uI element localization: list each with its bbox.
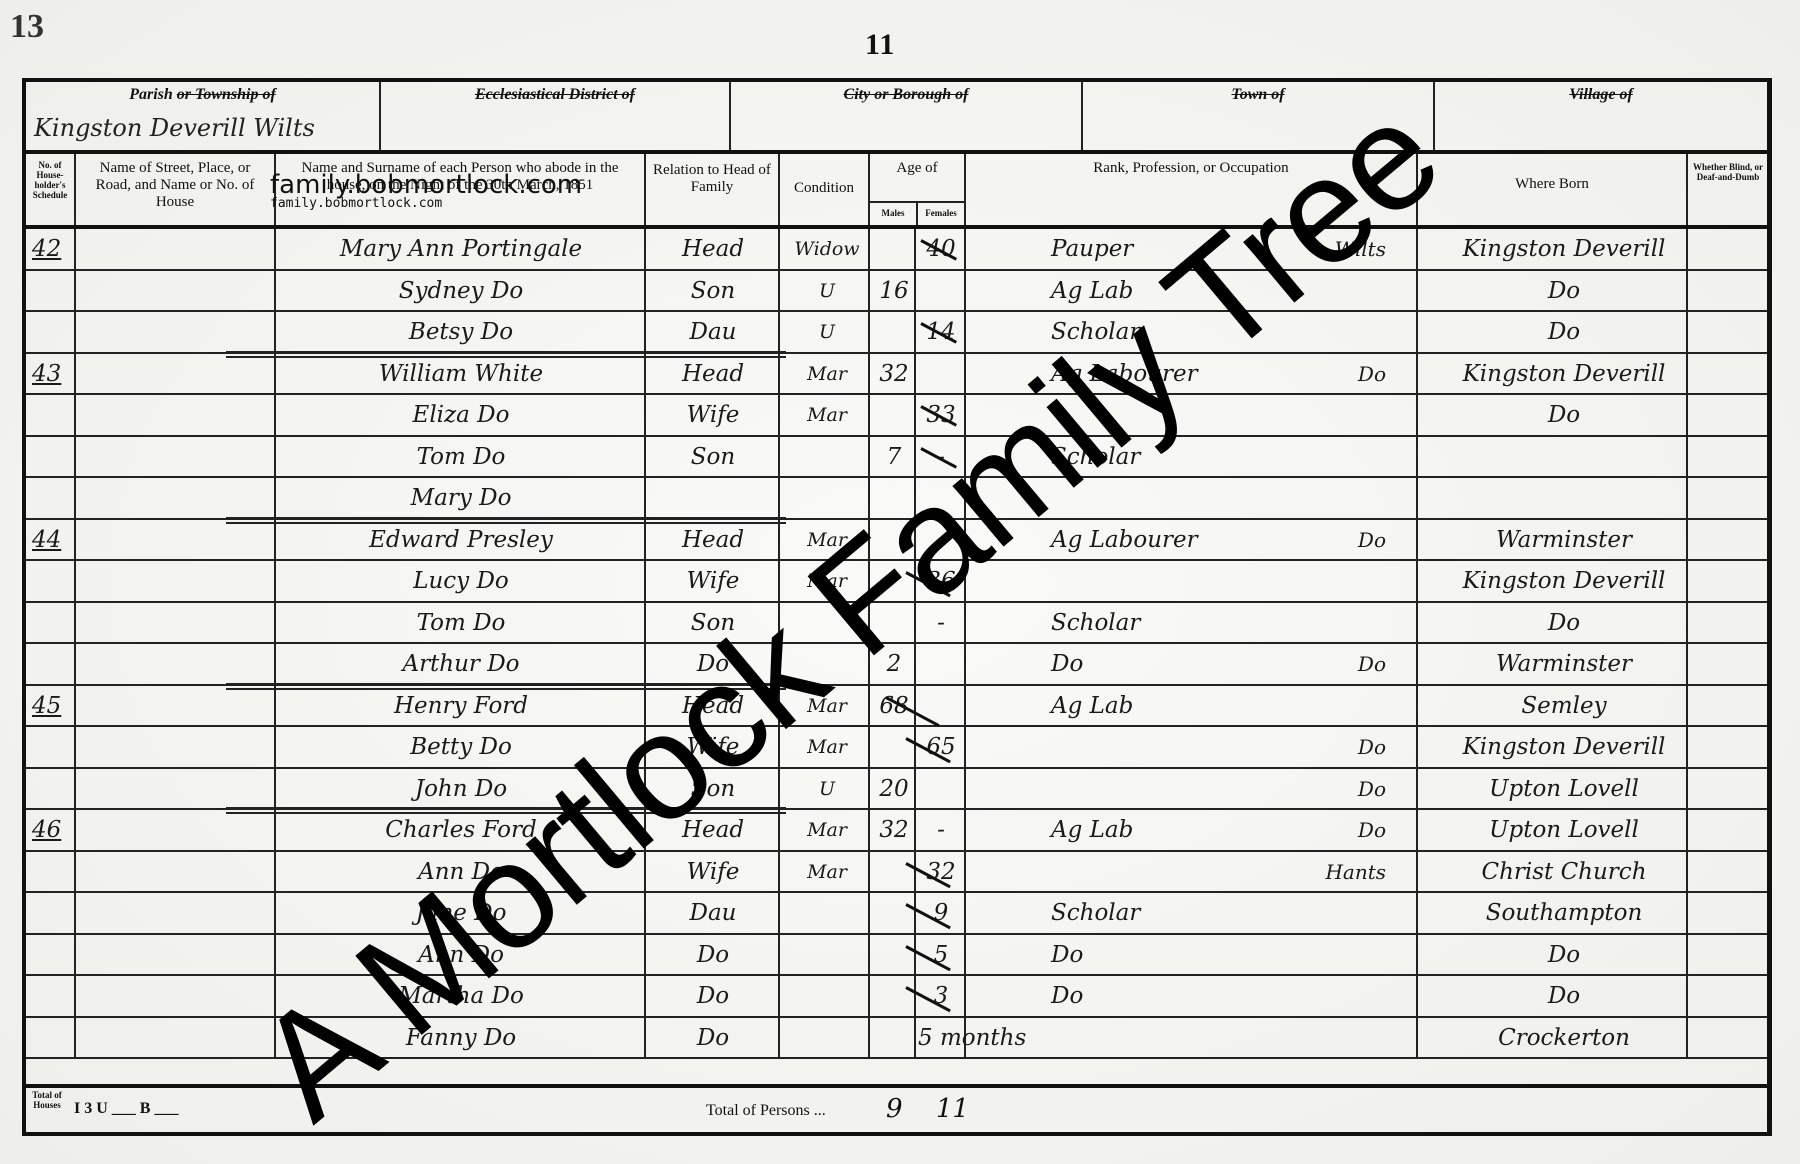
cell-born: Do	[1394, 273, 1734, 309]
header-schedule: No. of House-holder's Schedule	[26, 154, 76, 225]
cell-born: Crockerton	[1394, 1020, 1734, 1056]
cell-schedule	[32, 605, 72, 641]
village-cell: Village of	[1435, 82, 1767, 150]
cell-born: Do	[1394, 314, 1734, 350]
cell-born: Do	[1394, 605, 1734, 641]
total-persons-label: Total of Persons ...	[706, 1102, 826, 1120]
cell-female	[918, 273, 964, 309]
cell-born: Upton Lovell	[1394, 771, 1734, 807]
cell-male	[872, 729, 916, 765]
cell-name: Edward Presley	[276, 522, 646, 558]
cell-female: 5 months	[918, 1020, 964, 1056]
cell-county	[1276, 688, 1386, 724]
census-row: Betty DoWifeMar65DoKingston Deverill	[26, 727, 1767, 769]
cell-condition: Mar	[782, 812, 872, 848]
houses-count: I 3 U ___ B ___	[74, 1100, 178, 1118]
cell-county: Do	[1276, 356, 1386, 392]
cell-male: 16	[872, 273, 916, 309]
cell-schedule: 44	[32, 522, 72, 558]
cell-county	[1276, 978, 1386, 1014]
cell-born: Semley	[1394, 688, 1734, 724]
cell-county	[1276, 1020, 1386, 1056]
cell-male: 20	[872, 771, 916, 807]
cell-schedule	[32, 729, 72, 765]
census-row: Betsy DoDauU14ScholarDo	[26, 312, 1767, 354]
cell-relation: Head	[648, 522, 778, 558]
cell-name: Eliza Do	[276, 397, 646, 433]
header-blind-deaf: Whether Blind, or Deaf-and-Dumb	[1688, 154, 1768, 225]
cell-relation: Do	[648, 978, 778, 1014]
city-label: City or Borough of	[731, 86, 1081, 104]
cell-county: Do	[1276, 522, 1386, 558]
cell-relation: Do	[648, 1020, 778, 1056]
census-row: Jane DoDau9ScholarSouthampton	[26, 893, 1767, 935]
census-row: Eliza DoWifeMar33Do	[26, 395, 1767, 437]
cell-relation: Dau	[648, 314, 778, 350]
census-row: 42Mary Ann PortingaleHeadWidow40PauperWi…	[26, 229, 1767, 271]
cell-condition	[782, 978, 872, 1014]
cell-male	[872, 854, 916, 890]
cell-condition: Mar	[782, 854, 872, 890]
census-row: John DoSonU20DoUpton Lovell	[26, 769, 1767, 811]
header-age-label: Age of	[896, 160, 937, 176]
cell-county	[1276, 480, 1386, 516]
cell-born: Kingston Deverill	[1394, 231, 1734, 267]
city-cell: City or Borough of	[731, 82, 1083, 150]
header-females: Females	[918, 203, 964, 225]
cell-born: Kingston Deverill	[1394, 729, 1734, 765]
cell-county	[1276, 937, 1386, 973]
cell-schedule	[32, 480, 72, 516]
cell-relation: Son	[648, 439, 778, 475]
cell-male	[872, 1020, 916, 1056]
cell-male: 32	[872, 812, 916, 848]
cell-relation: Head	[648, 356, 778, 392]
cell-relation: Wife	[648, 397, 778, 433]
cell-schedule	[32, 273, 72, 309]
cell-condition	[782, 895, 872, 931]
cell-relation: Dau	[648, 895, 778, 931]
cell-born	[1394, 439, 1734, 475]
location-row: Parish or Township of Kingston Deverill …	[26, 82, 1767, 154]
cell-county: Do	[1276, 646, 1386, 682]
cell-born: Kingston Deverill	[1394, 563, 1734, 599]
cell-born: Southampton	[1394, 895, 1734, 931]
cell-schedule	[32, 978, 72, 1014]
cell-male	[872, 895, 916, 931]
cell-male	[872, 314, 916, 350]
cell-schedule	[32, 397, 72, 433]
cell-schedule	[32, 1020, 72, 1056]
cell-female	[918, 356, 964, 392]
cell-schedule	[32, 439, 72, 475]
cell-condition: U	[782, 273, 872, 309]
parish-cell: Parish or Township of Kingston Deverill …	[26, 82, 381, 150]
page-number: 11	[865, 28, 895, 62]
corner-folio-mark: 13	[10, 8, 44, 46]
total-houses-label: Total of Houses	[28, 1090, 66, 1110]
cell-condition	[782, 439, 872, 475]
cell-name: Arthur Do	[276, 646, 646, 682]
cell-condition: Mar	[782, 397, 872, 433]
census-row: 45Henry FordHeadMar68Ag LabSemley	[26, 686, 1767, 728]
cell-schedule	[32, 854, 72, 890]
cell-female: -	[918, 812, 964, 848]
cell-name: Lucy Do	[276, 563, 646, 599]
village-label: Village of	[1435, 86, 1767, 104]
cell-relation: Do	[648, 937, 778, 973]
cell-county	[1276, 563, 1386, 599]
cell-condition: U	[782, 314, 872, 350]
cell-county: Do	[1276, 771, 1386, 807]
cell-schedule: 46	[32, 812, 72, 848]
cell-relation	[648, 480, 778, 516]
ecclesiastical-cell: Ecclesiastical District of	[381, 82, 731, 150]
cell-schedule	[32, 771, 72, 807]
census-page: 13 11 Parish or Township of Kingston Dev…	[0, 0, 1800, 1164]
cell-schedule: 43	[32, 356, 72, 392]
cell-name: Tom Do	[276, 439, 646, 475]
cell-county: Hants	[1276, 854, 1386, 890]
cell-male	[872, 231, 916, 267]
cell-county	[1276, 439, 1386, 475]
cell-name: Betsy Do	[276, 314, 646, 350]
cell-schedule	[32, 646, 72, 682]
cell-born: Do	[1394, 937, 1734, 973]
cell-born: Christ Church	[1394, 854, 1734, 890]
cell-name: Mary Ann Portingale	[276, 231, 646, 267]
cell-schedule: 45	[32, 688, 72, 724]
cell-male	[872, 978, 916, 1014]
cell-county	[1276, 397, 1386, 433]
cell-born	[1394, 480, 1734, 516]
total-females: 11	[936, 1094, 969, 1124]
header-relation: Relation to Head of Family	[646, 154, 780, 225]
cell-born: Warminster	[1394, 522, 1734, 558]
cell-county: Do	[1276, 812, 1386, 848]
cell-name: William White	[276, 356, 646, 392]
ecclesiastical-label: Ecclesiastical District of	[381, 86, 729, 104]
cell-male: 32	[872, 356, 916, 392]
cell-name: Mary Do	[276, 480, 646, 516]
cell-relation: Head	[648, 231, 778, 267]
total-males: 9	[886, 1094, 903, 1124]
header-males: Males	[870, 203, 918, 225]
cell-name: Tom Do	[276, 605, 646, 641]
parish-label: Parish	[129, 86, 173, 103]
census-row: 46Charles FordHeadMar32-Ag LabDoUpton Lo…	[26, 810, 1767, 852]
cell-male	[872, 937, 916, 973]
household-divider	[226, 351, 786, 358]
cell-schedule: 42	[32, 231, 72, 267]
cell-female	[918, 771, 964, 807]
header-street: Name of Street, Place, or Road, and Name…	[76, 154, 276, 225]
cell-born: Warminster	[1394, 646, 1734, 682]
cell-schedule	[32, 895, 72, 931]
cell-born: Do	[1394, 978, 1734, 1014]
header-condition: Condition	[780, 154, 870, 225]
township-struck-label: or Township of	[177, 86, 276, 103]
cell-county: Do	[1276, 729, 1386, 765]
cell-condition	[782, 937, 872, 973]
cell-condition: Widow	[782, 231, 872, 267]
census-row: 43William WhiteHeadMar32Ag LabourerDoKin…	[26, 354, 1767, 396]
cell-schedule	[32, 563, 72, 599]
header-age: Age of Males Females	[870, 154, 966, 225]
cell-born: Do	[1394, 397, 1734, 433]
cell-relation: Son	[648, 273, 778, 309]
household-divider	[226, 517, 786, 524]
cell-condition: U	[782, 771, 872, 807]
cell-county	[1276, 605, 1386, 641]
cell-county	[1276, 895, 1386, 931]
cell-schedule	[32, 314, 72, 350]
cell-born: Upton Lovell	[1394, 812, 1734, 848]
census-row: Sydney DoSonU16Ag LabDo	[26, 271, 1767, 313]
watermark-site-small: family.bobmortlock.com	[270, 196, 442, 211]
cell-born: Kingston Deverill	[1394, 356, 1734, 392]
parish-value: Kingston Deverill Wilts	[34, 114, 315, 142]
cell-condition	[782, 1020, 872, 1056]
cell-name: Sydney Do	[276, 273, 646, 309]
cell-male	[872, 397, 916, 433]
census-row: Ann DoWifeMar32HantsChrist Church	[26, 852, 1767, 894]
cell-condition: Mar	[782, 356, 872, 392]
cell-schedule	[32, 937, 72, 973]
